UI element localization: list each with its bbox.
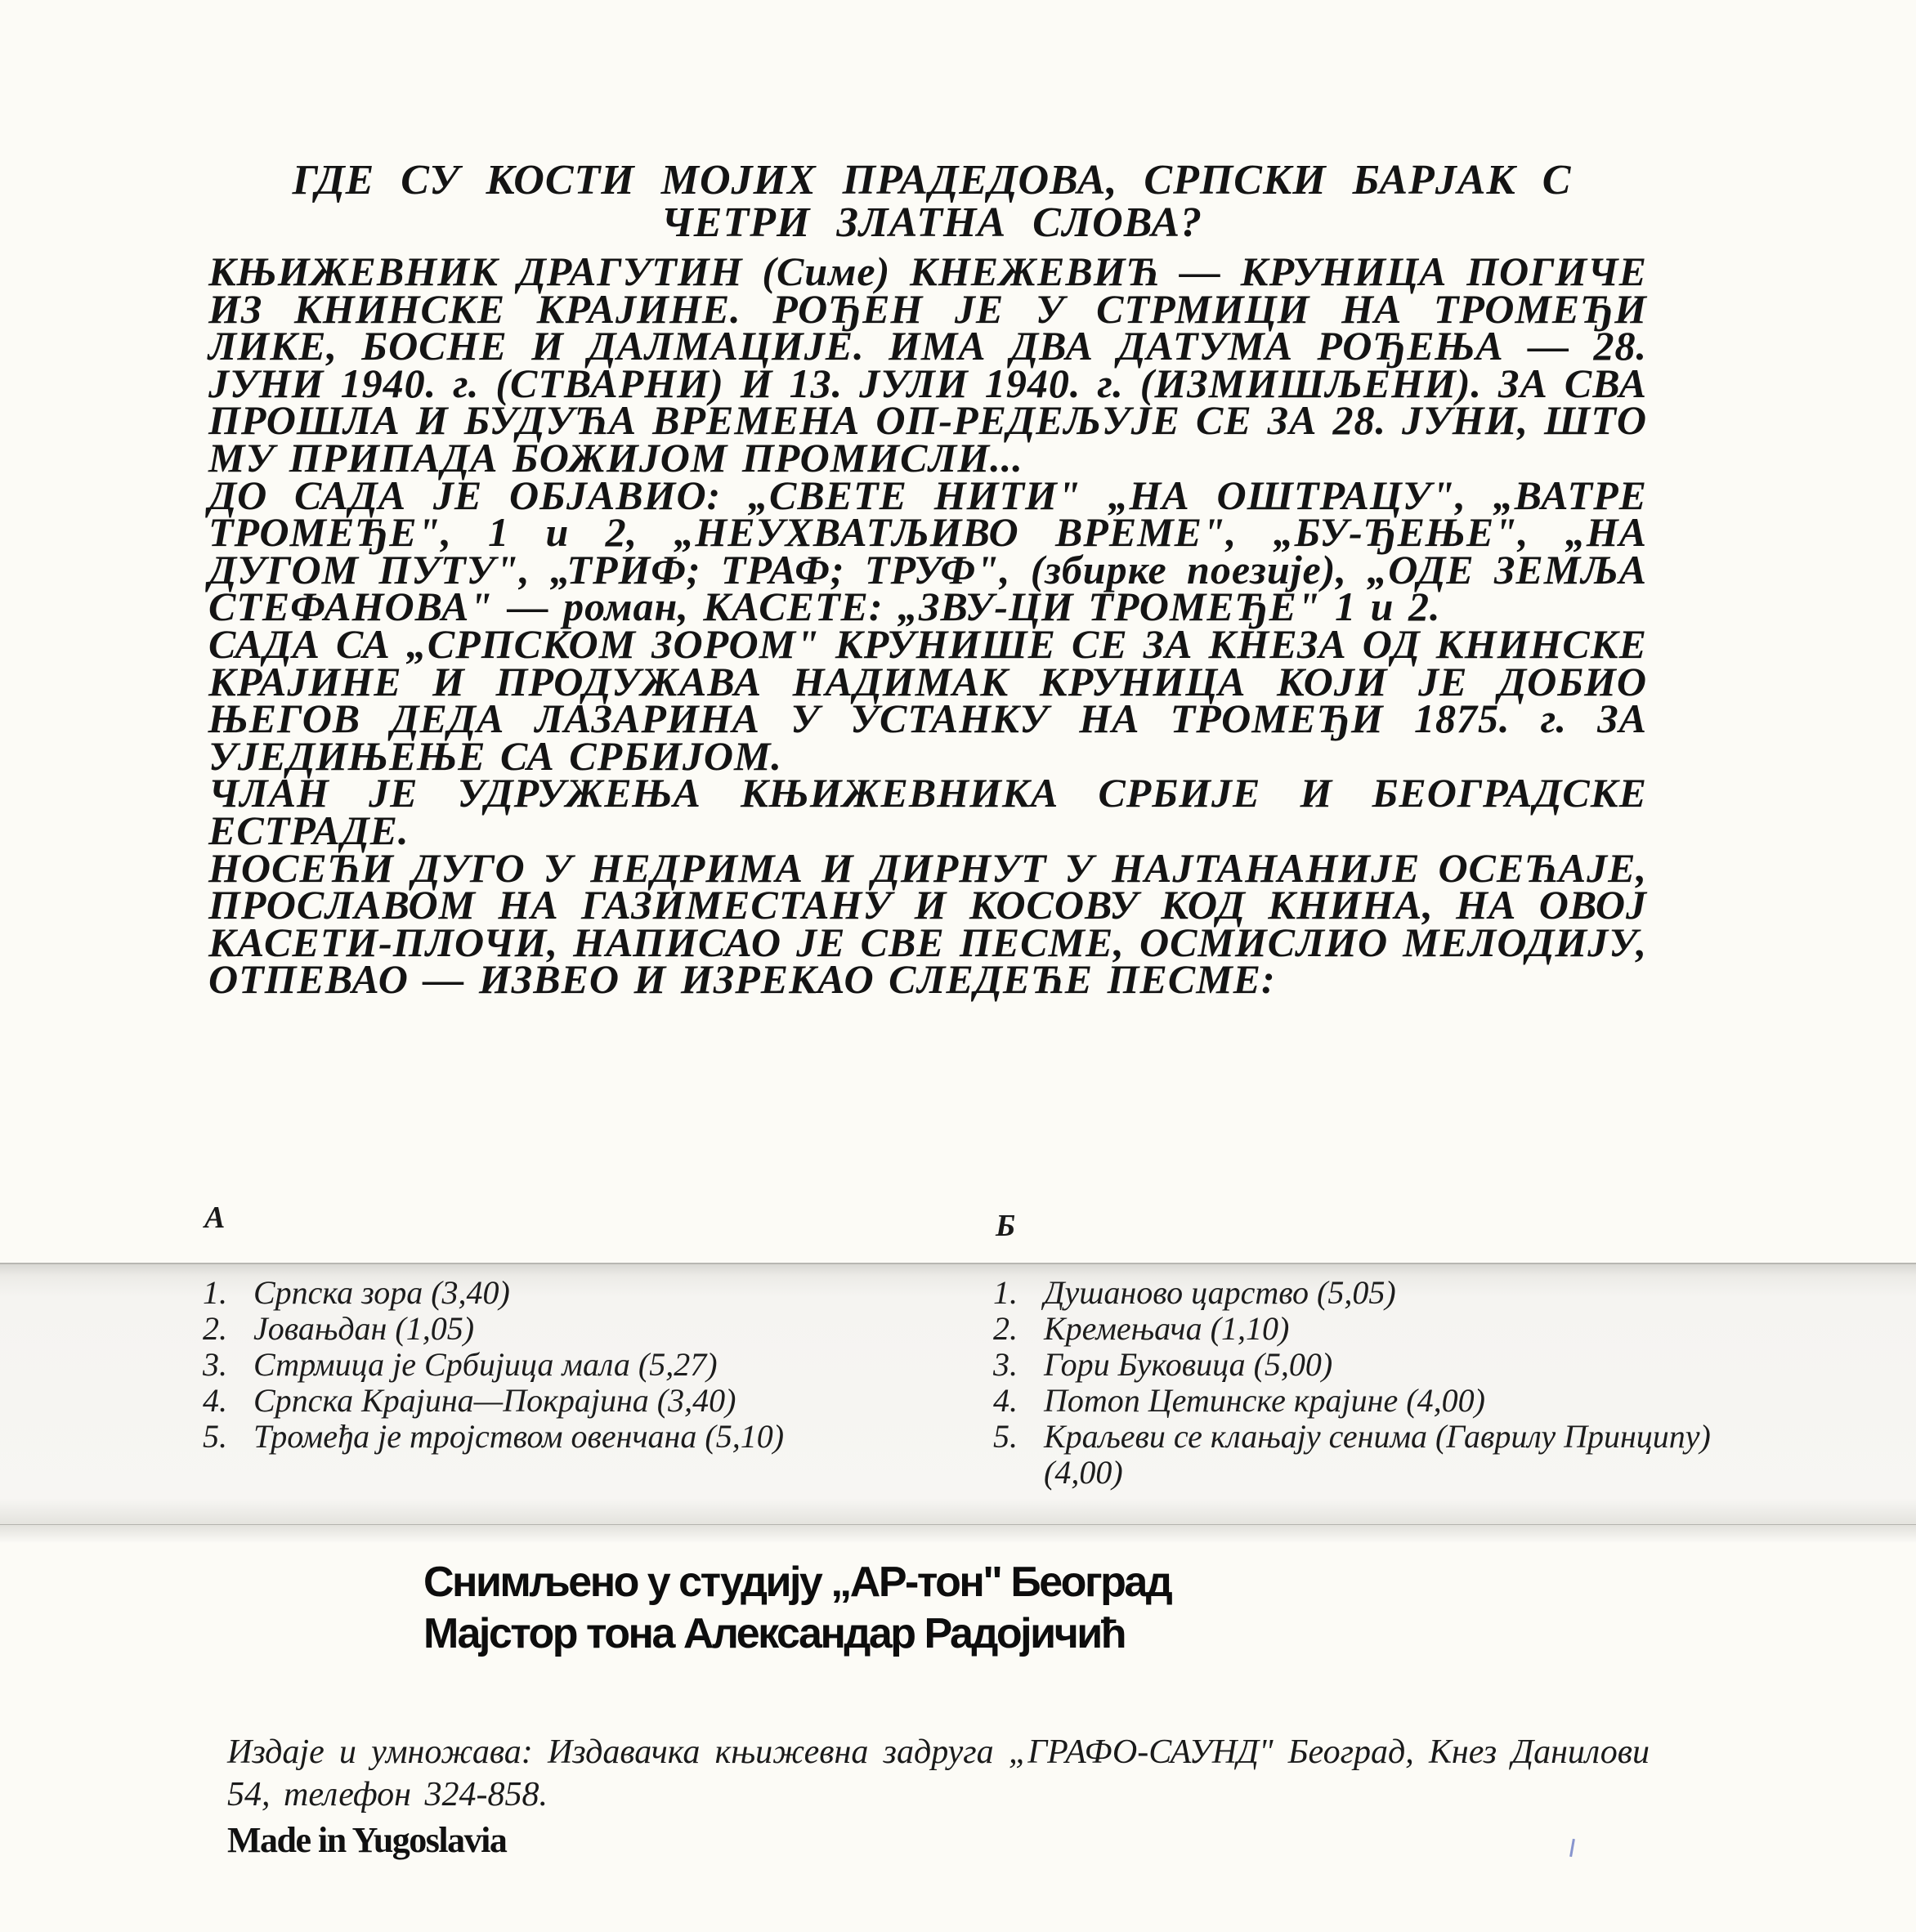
engineer-credit: Мајстор тона Александар Радојичић xyxy=(423,1608,1486,1660)
track-number: 2. xyxy=(993,1311,1044,1347)
bio-paragraph: САДА СА „СРПСКОМ ЗОРОМ" КРУНИШЕ СЕ ЗА КН… xyxy=(208,626,1647,775)
ink-speck xyxy=(1569,1839,1575,1857)
track-item: 5.Тромеђа је тројством овенчана (5,10) xyxy=(203,1419,987,1455)
studio-credit: Снимљено у студију „АР-тон" Београд xyxy=(423,1557,1486,1608)
track-number: 4. xyxy=(993,1383,1044,1419)
track-item: 4.Потоп Цетинске крајине (4,00) xyxy=(993,1383,1745,1419)
biography-text: КЊИЖЕВНИК ДРАГУТИН (Симе) КНЕЖЕВИЋ — КРУ… xyxy=(208,253,1647,999)
track-number: 3. xyxy=(203,1347,253,1383)
track-number: 5. xyxy=(203,1419,253,1455)
track-item: 1.Душаново царство (5,05) xyxy=(993,1275,1745,1311)
track-item: 3.Стрмица је Србијица мала (5,27) xyxy=(203,1347,987,1383)
bio-paragraph: ЧЛАН ЈЕ УДРУЖЕЊА КЊИЖЕВНИКА СРБИЈЕ И БЕО… xyxy=(208,775,1647,849)
bio-paragraph: ДО САДА ЈЕ ОБЈАВИО: „СВЕТЕ НИТИ" „НА ОШТ… xyxy=(208,477,1647,626)
track-item: 4.Српска Крајина—Покрајина (3,40) xyxy=(203,1383,987,1419)
track-title: Јовањдан (1,05) xyxy=(253,1311,987,1347)
publisher-info: Издаје и умножава: Издавачка књижевна за… xyxy=(227,1731,1650,1816)
track-title: Српска Крајина—Покрајина (3,40) xyxy=(253,1383,987,1419)
side-a-tracklist: 1.Српска зора (3,40) 2.Јовањдан (1,05) 3… xyxy=(203,1275,987,1455)
side-b-label: Б xyxy=(996,1208,1015,1244)
track-title: Тромеђа је тројством овенчана (5,10) xyxy=(253,1419,987,1455)
track-title: Стрмица је Србијица мала (5,27) xyxy=(253,1347,987,1383)
publisher-text: Издаје и умножава: Издавачка књижевна за… xyxy=(227,1731,1650,1816)
track-number: 4. xyxy=(203,1383,253,1419)
track-number: 1. xyxy=(993,1275,1044,1311)
track-number: 2. xyxy=(203,1311,253,1347)
cassette-insert-card: ГДЕ СУ КОСТИ МОЈИХ ПРАДЕДОВА, СРПСКИ БАР… xyxy=(0,0,1916,1932)
track-title: Краљеви се клањају сенима (Гаврилу Принц… xyxy=(1044,1419,1745,1491)
track-title: Кремењача (1,10) xyxy=(1044,1311,1745,1347)
header-title: ГДЕ СУ КОСТИ МОЈИХ ПРАДЕДОВА, СРПСКИ БАР… xyxy=(208,159,1655,244)
track-title: Потоп Цетинске крајине (4,00) xyxy=(1044,1383,1745,1419)
track-title: Душаново царство (5,05) xyxy=(1044,1275,1745,1311)
side-a-label: А xyxy=(204,1200,225,1236)
track-title: Гори Буковица (5,00) xyxy=(1044,1347,1745,1383)
bio-paragraph: НОСЕЋИ ДУГО У НЕДРИМА И ДИРНУТ У НАЈТАНА… xyxy=(208,850,1647,999)
track-number: 5. xyxy=(993,1419,1044,1491)
side-b-tracklist: 1.Душаново царство (5,05) 2.Кремењача (1… xyxy=(993,1275,1745,1491)
track-number: 1. xyxy=(203,1275,253,1311)
track-title: Српска зора (3,40) xyxy=(253,1275,987,1311)
made-in-label: Made in Yugoslavia xyxy=(227,1819,506,1861)
track-item: 2.Јовањдан (1,05) xyxy=(203,1311,987,1347)
track-item: 5.Краљеви се клањају сенима (Гаврилу При… xyxy=(993,1419,1745,1491)
bio-paragraph: КЊИЖЕВНИК ДРАГУТИН (Симе) КНЕЖЕВИЋ — КРУ… xyxy=(208,253,1647,477)
track-item: 2.Кремењача (1,10) xyxy=(993,1311,1745,1347)
track-item: 3.Гори Буковица (5,00) xyxy=(993,1347,1745,1383)
fold-shadow xyxy=(0,1525,1916,1543)
track-number: 3. xyxy=(993,1347,1044,1383)
track-item: 1.Српска зора (3,40) xyxy=(203,1275,987,1311)
recording-credits: Снимљено у студију „АР-тон" Београд Мајс… xyxy=(423,1557,1486,1660)
